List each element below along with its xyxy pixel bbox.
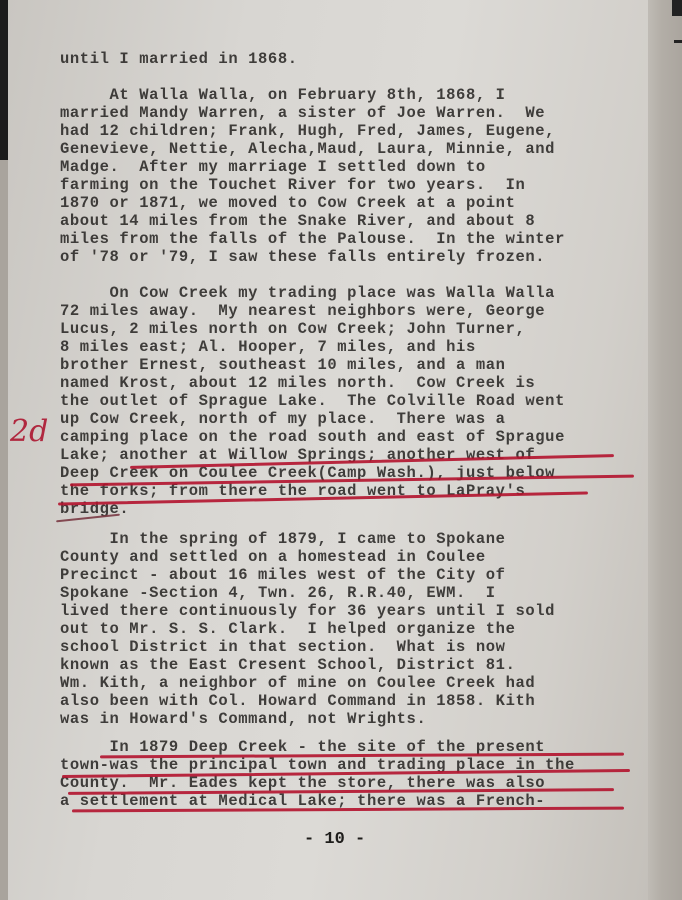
text-line: Spokane -Section 4, Twn. 26, R.R.40, EWM… <box>60 584 496 602</box>
text-line: farming on the Touchet River for two yea… <box>60 176 525 194</box>
binder-clip-bar <box>674 40 682 43</box>
text-line: up Cow Creek, north of my place. There w… <box>60 410 506 428</box>
text-line: was in Howard's Command, not Wrights. <box>60 710 426 728</box>
page-number: - 10 - <box>304 830 365 849</box>
text-line: On Cow Creek my trading place was Walla … <box>60 284 555 302</box>
typed-page: until I married in 1868. At Walla Walla,… <box>8 0 668 900</box>
text-line: named Krost, about 12 miles north. Cow C… <box>60 374 535 392</box>
text-line: lived there continuously for 36 years un… <box>60 602 555 620</box>
text-line: Lucus, 2 miles north on Cow Creek; John … <box>60 320 525 338</box>
text-line: married Mandy Warren, a sister of Joe Wa… <box>60 104 545 122</box>
text-line: miles from the falls of the Palouse. In … <box>60 230 565 248</box>
text-line: 1870 or 1871, we moved to Cow Creek at a… <box>60 194 515 212</box>
text-line: camping place on the road south and east… <box>60 428 565 446</box>
page-edge-shadow <box>0 0 8 160</box>
text-line: Madge. After my marriage I settled down … <box>60 158 486 176</box>
text-line: 8 miles east; Al. Hooper, 7 miles, and h… <box>60 338 476 356</box>
text-line: brother Ernest, southeast 10 miles, and … <box>60 356 506 374</box>
text-line: 72 miles away. My nearest neighbors were… <box>60 302 545 320</box>
text-line: until I married in 1868. <box>60 50 298 68</box>
page-fold <box>648 0 682 900</box>
text-line: Precinct - about 16 miles west of the Ci… <box>60 566 506 584</box>
text-line: Wm. Kith, a neighbor of mine on Coulee C… <box>60 674 535 692</box>
text-line: out to Mr. S. S. Clark. I helped organiz… <box>60 620 515 638</box>
text-line: County and settled on a homestead in Cou… <box>60 548 486 566</box>
text-line: the outlet of Sprague Lake. The Colville… <box>60 392 565 410</box>
margin-annotation: 2d <box>10 414 48 449</box>
text-line: about 14 miles from the Snake River, and… <box>60 212 535 230</box>
text-line: At Walla Walla, on February 8th, 1868, I <box>60 86 506 104</box>
text-line: known as the East Cresent School, Distri… <box>60 656 515 674</box>
text-line: also been with Col. Howard Command in 18… <box>60 692 535 710</box>
text-line: of '78 or '79, I saw these falls entirel… <box>60 248 545 266</box>
binder-clip <box>672 0 682 16</box>
text-line: Genevieve, Nettie, Alecha,Maud, Laura, M… <box>60 140 555 158</box>
text-line: school District in that section. What is… <box>60 638 506 656</box>
text-line: had 12 children; Frank, Hugh, Fred, Jame… <box>60 122 555 140</box>
text-line: In the spring of 1879, I came to Spokane <box>60 530 506 548</box>
